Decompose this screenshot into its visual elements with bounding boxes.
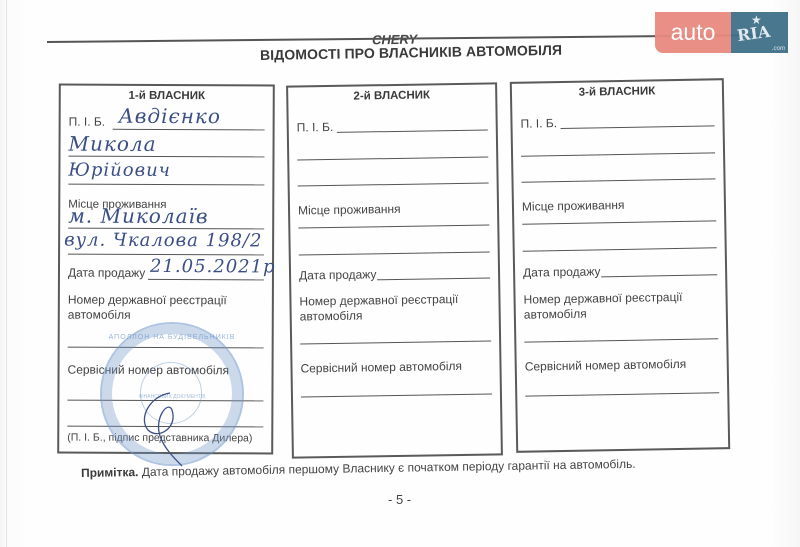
owner-3-registration-label-2: автомобіля — [524, 307, 587, 322]
owner-2-name-label: П. І. Б. — [297, 120, 334, 135]
owner-2-residence-label: Місце проживання — [298, 202, 401, 218]
logo-auto-text: auto — [655, 12, 731, 53]
owner-3-box: 3-й ВЛАСНИК П. І. Б. Місце проживання Да… — [510, 78, 730, 453]
logo-com-text: .com — [772, 46, 785, 52]
owner-1-registration-label-2: автомобіля — [68, 308, 131, 322]
logo-ria-block: ★ RIA .com — [731, 12, 788, 53]
dealer-signature — [130, 388, 200, 468]
owner-1-title: 1-й ВЛАСНИК — [61, 90, 273, 103]
owner-3-name-line-3[interactable] — [522, 178, 716, 182]
owner-2-registration-line[interactable] — [300, 340, 491, 344]
owner-1-city: м. Миколаїв — [68, 204, 208, 229]
owner-3-name-line-2[interactable] — [521, 152, 715, 156]
owner-1-first-name: Микола — [68, 132, 156, 156]
owner-2-residence-line-2[interactable] — [299, 252, 490, 256]
page-title: ВІДОМОСТІ ПРО ВЛАСНИКІВ АВТОМОБІЛЯ — [260, 42, 562, 63]
autoria-watermark-logo: auto ★ RIA .com — [655, 12, 788, 53]
stamp-text: АПОЛЛОН НА БУДІВЕЛЬНИКІВ — [102, 334, 242, 341]
owner-1-surname: Авдієнко — [119, 104, 221, 128]
owner-1-street: вул. Чкалова 198/2 — [64, 230, 262, 252]
owner-1-name-line-2[interactable] — [68, 156, 264, 158]
owner-2-name-line-3[interactable] — [298, 183, 489, 187]
owner-2-title: 2-й ВЛАСНИК — [288, 88, 495, 103]
owner-1-sale-date: 21.05.2021р — [150, 256, 276, 278]
owner-3-sale-date-label: Дата продажу — [523, 264, 601, 279]
owner-3-residence-label: Місце проживання — [522, 198, 625, 214]
owner-3-registration-line[interactable] — [524, 338, 718, 342]
owner-1-name-label: П. І. Б. — [69, 115, 106, 129]
owner-2-sale-date-line[interactable] — [377, 277, 490, 280]
owner-1-name-line-3[interactable] — [68, 184, 264, 186]
owner-1-registration-label: Номер державної реєстрації — [68, 293, 227, 308]
owner-2-name-line-1[interactable] — [337, 130, 488, 133]
owner-2-service-line[interactable] — [301, 393, 492, 397]
owner-2-sale-date-label: Дата продажу — [299, 267, 377, 282]
owner-3-title: 3-й ВЛАСНИК — [512, 84, 722, 100]
owner-1-patronymic: Юрійович — [68, 160, 171, 181]
owner-3-name-line-1[interactable] — [561, 125, 715, 129]
owner-1-name-line-1[interactable] — [113, 129, 265, 131]
owner-3-residence-line-1[interactable] — [522, 220, 716, 224]
owner-3-sale-date-line[interactable] — [601, 274, 717, 277]
owner-2-registration-label: Номер державної реєстрації — [299, 292, 458, 308]
owner-2-residence-line-1[interactable] — [298, 225, 489, 229]
owner-1-sale-date-line[interactable] — [148, 279, 264, 281]
owner-3-registration-label: Номер державної реєстрації — [523, 290, 682, 307]
owner-3-residence-line-2[interactable] — [523, 247, 717, 251]
owner-2-name-line-2[interactable] — [297, 157, 488, 161]
page-number: - 5 - — [388, 492, 411, 507]
logo-ria-text: RIA — [736, 22, 772, 45]
owner-2-service-label: Сервісний номер автомобіля — [300, 359, 462, 376]
page-edge — [6, 0, 7, 547]
owner-2-registration-label-2: автомобіля — [300, 309, 363, 324]
document-page: CHERY ВІДОМОСТІ ПРО ВЛАСНИКІВ АВТОМОБІЛЯ… — [0, 0, 800, 547]
owner-1-sale-date-label: Дата продажу — [68, 266, 145, 280]
owner-3-service-label: Сервісний номер автомобіля — [525, 357, 687, 374]
note-label: Примітка. — [81, 465, 139, 480]
note-text: Дата продажу автомобіля першому Власнику… — [138, 457, 635, 479]
owner-2-box: 2-й ВЛАСНИК П. І. Б. Місце проживання Да… — [286, 82, 503, 458]
owner-3-service-line[interactable] — [525, 392, 719, 396]
owner-3-name-label: П. І. Б. — [520, 116, 557, 131]
